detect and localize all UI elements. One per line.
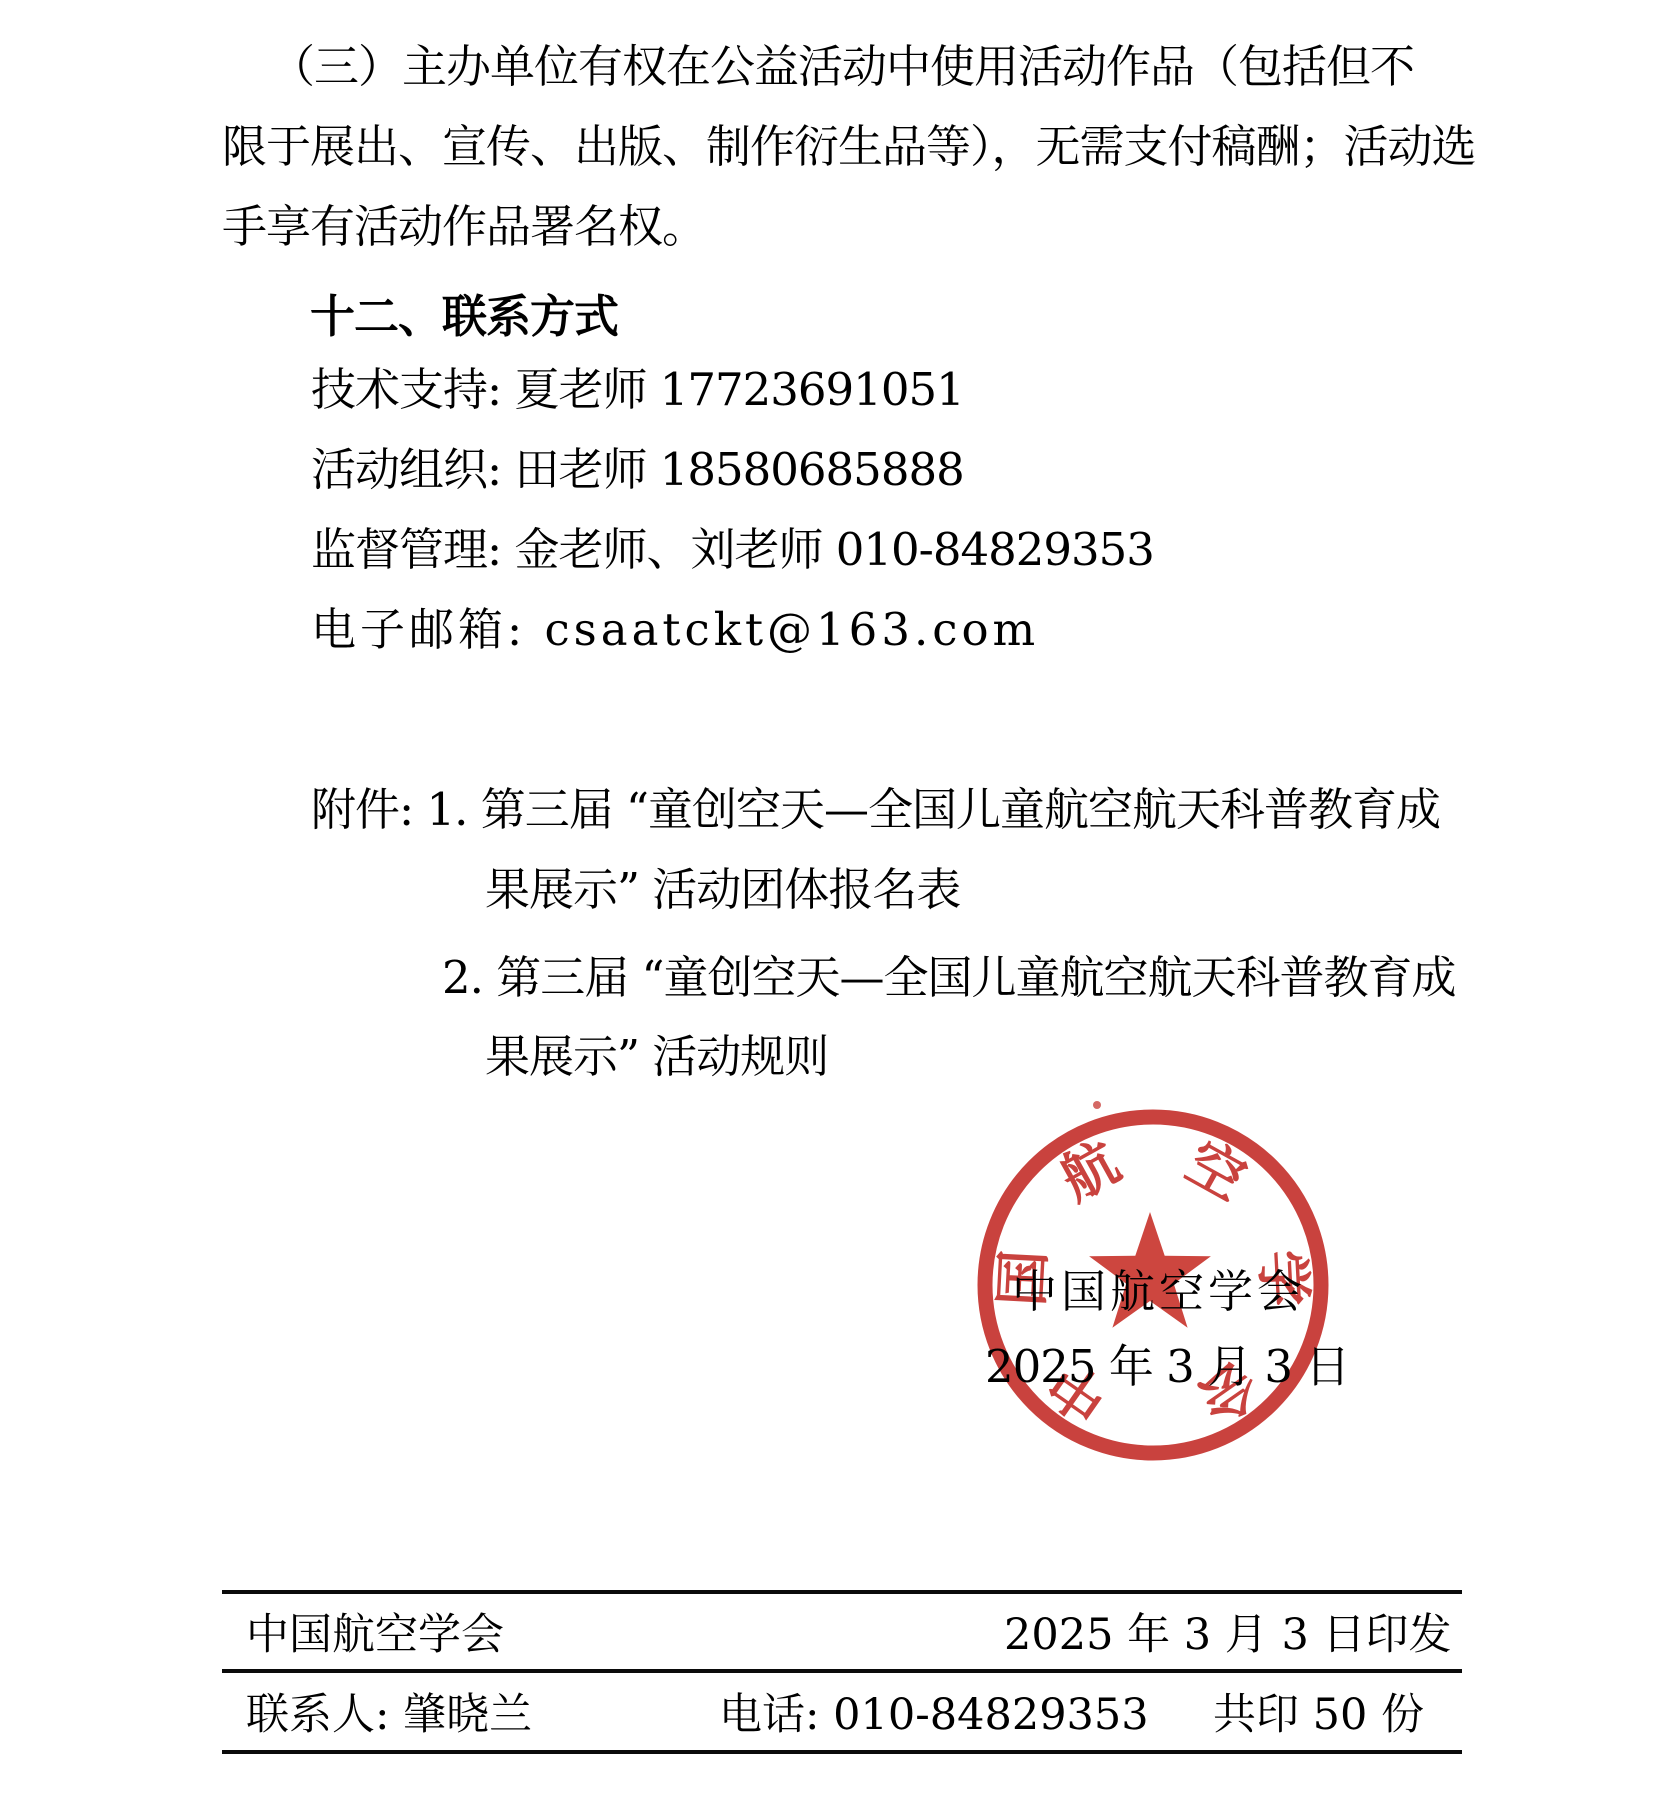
- paragraph-line: 限于展出、宣传、出版、制作衍生品等），无需支付稿酬；活动选: [222, 117, 1476, 177]
- signature-date: 2025 年 3 月 3 日: [985, 1337, 1349, 1397]
- footer-rule-top: [222, 1590, 1462, 1594]
- section-heading: 十二、联系方式: [310, 287, 618, 347]
- footer-rule-middle: [222, 1669, 1462, 1673]
- footer-org: 中国航空学会: [246, 1607, 504, 1663]
- document-page: （三）主办单位有权在公益活动中使用活动作品（包括但不 限于展出、宣传、出版、制作…: [0, 0, 1653, 1816]
- footer-issue-date: 2025 年 3 月 3 日印发: [1004, 1607, 1434, 1663]
- attachment-line: 附件: 1. 第三届 “童创空天—全国儿童航空航天科普教育成: [311, 780, 1440, 840]
- footer-copies: 共印 50 份: [1213, 1687, 1424, 1743]
- paragraph-line: （三）主办单位有权在公益活动中使用活动作品（包括但不: [270, 37, 1414, 97]
- contact-line-supervision: 监督管理: 金老师、刘老师 010-84829353: [311, 520, 1154, 580]
- footer-phone: 电话: 010-84829353: [719, 1687, 1149, 1743]
- signature-org: 中国航空学会: [1012, 1262, 1306, 1322]
- contact-line-tech-support: 技术支持: 夏老师 17723691051: [311, 360, 964, 420]
- footer-rule-bottom: [222, 1750, 1462, 1754]
- paragraph-line: 手享有活动作品署名权。: [222, 197, 706, 257]
- contact-line-email: 电子邮箱: csaatckt@163.com: [311, 600, 1039, 660]
- seal-ink-speck: [1093, 1101, 1101, 1109]
- contact-line-organizer: 活动组织: 田老师 18580685888: [311, 440, 964, 500]
- attachment-line: 果展示” 活动团体报名表: [485, 860, 960, 920]
- attachment-line: 2. 第三届 “童创空天—全国儿童航空航天科普教育成: [442, 948, 1456, 1008]
- footer-contact-person: 联系人: 肇晓兰: [246, 1687, 532, 1743]
- attachment-line: 果展示” 活动规则: [485, 1027, 828, 1087]
